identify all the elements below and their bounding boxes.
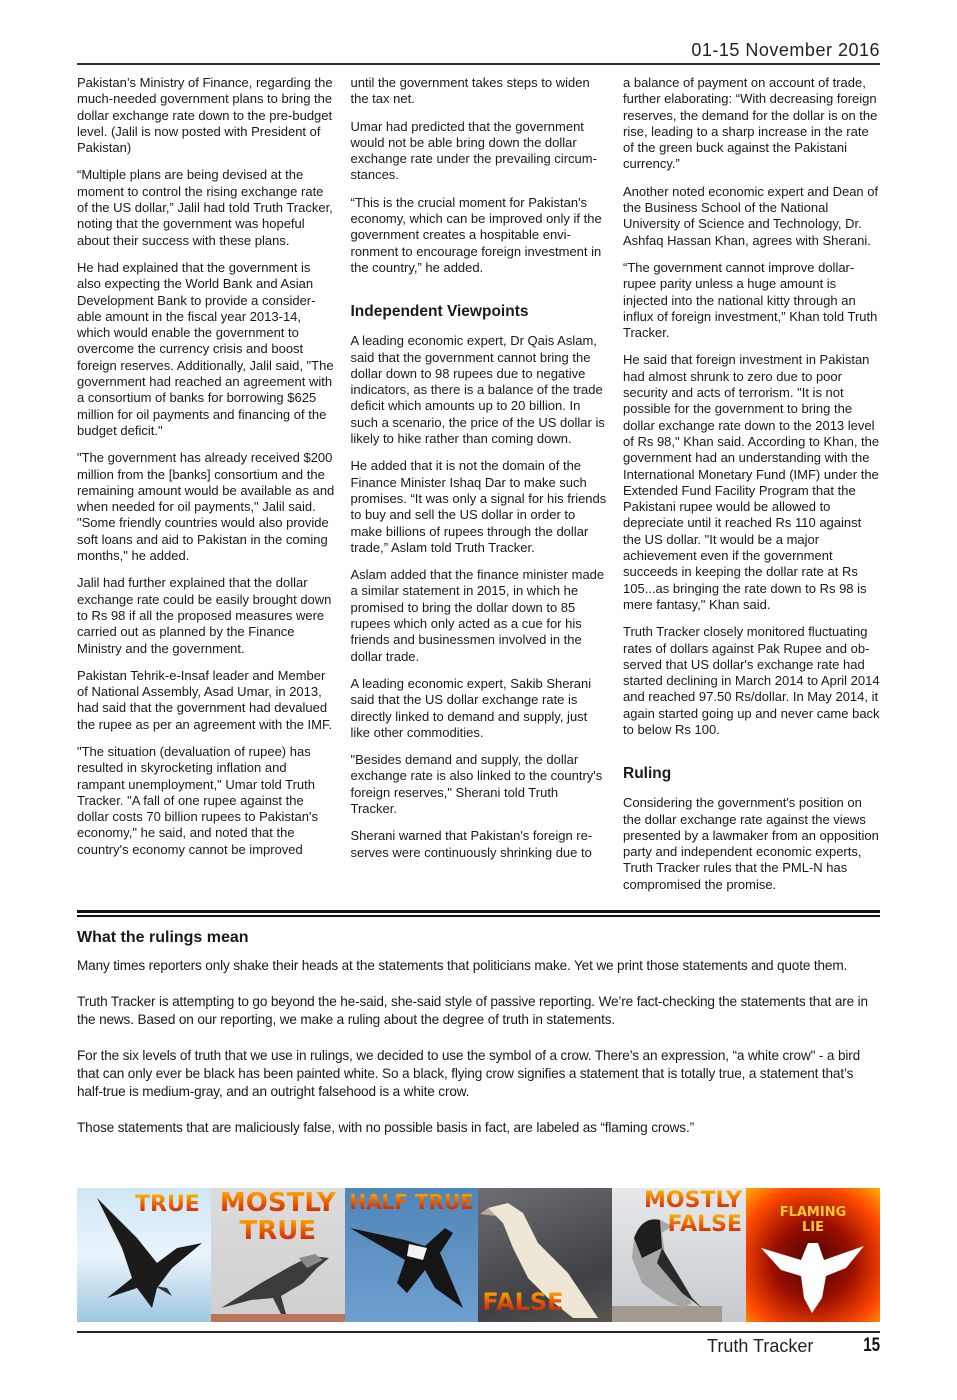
paragraph: He said that foreign investment in Pakis…: [623, 352, 880, 613]
rating-label: MOSTLY: [211, 1190, 345, 1216]
paragraph: “Multiple plans are being devised at the…: [77, 167, 335, 248]
section-heading-independent-viewpoints: Independent Viewpoints: [351, 302, 608, 322]
paragraph: Many times reporters only shake their he…: [77, 957, 880, 975]
paragraph: Jalil had further explained that the dol…: [77, 575, 335, 656]
rating-tile-false: FALSE: [478, 1188, 612, 1322]
paragraph: Truth Tracker is attempting to go beyond…: [77, 993, 880, 1029]
rating-label: MOSTLY: [644, 1190, 742, 1212]
paragraph: a balance of payment on account of trade…: [623, 75, 880, 173]
issue-date: 01-15 November 2016: [691, 40, 880, 61]
paragraph: He had explained that the government is …: [77, 260, 335, 439]
header-divider: [77, 63, 880, 65]
paragraph: Truth Tracker closely monitored fluctuat…: [623, 624, 880, 738]
paragraph: Pakistan Tehrik-e-Insaf leader and Membe…: [77, 668, 335, 733]
paragraph: “This is the crucial moment for Pakistan…: [351, 195, 608, 276]
paragraph: Those statements that are maliciously fa…: [77, 1119, 880, 1137]
rating-tile-true: TRUE: [77, 1188, 211, 1322]
paragraph: Aslam added that the finance minister ma…: [351, 567, 608, 665]
rating-tile-half-true: HALF TRUE: [345, 1188, 479, 1322]
paragraph: Umar had predicted that the government w…: [351, 119, 608, 184]
section-divider: [77, 910, 880, 917]
paragraph: For the six levels of truth that we use …: [77, 1047, 880, 1101]
paragraph: Considering the government's position on…: [623, 795, 880, 893]
rulings-heading: What the rulings mean: [77, 927, 880, 949]
rating-label: FALSE: [482, 1290, 563, 1314]
rating-label: LIE: [746, 1221, 880, 1234]
article-columns: Pakistan’s Ministry of Finance, regardin…: [77, 75, 880, 905]
column-1: Pakistan’s Ministry of Finance, regardin…: [77, 75, 335, 905]
publication-name: Truth Tracker: [707, 1336, 813, 1357]
rating-label: HALF TRUE: [345, 1192, 479, 1212]
column-2: until the government takes steps to wide…: [351, 75, 608, 905]
paragraph: "The government has already received $20…: [77, 450, 335, 564]
paragraph: Another noted economic expert and Dean o…: [623, 184, 880, 249]
paragraph: A leading economic expert, Dr Qais Aslam…: [351, 333, 608, 447]
paragraph: Sherani warned that Pakistan's foreign r…: [351, 828, 608, 861]
paragraph: Pakistan’s Ministry of Finance, regardin…: [77, 75, 335, 156]
rating-tile-mostly-false: MOSTLY FALSE: [612, 1188, 746, 1322]
column-3: a balance of payment on account of trade…: [623, 75, 880, 905]
rulings-explainer: What the rulings mean Many times reporte…: [77, 927, 880, 1155]
paragraph: "Besides demand and supply, the dollar e…: [351, 752, 608, 817]
rating-tile-mostly-true: MOSTLY TRUE: [211, 1188, 345, 1322]
paragraph: until the government takes steps to wide…: [351, 75, 608, 108]
section-heading-ruling: Ruling: [623, 764, 880, 784]
page-number: 15: [863, 1335, 880, 1357]
paragraph: "The situation (devaluation of rupee) ha…: [77, 744, 335, 858]
paragraph: He added that it is not the domain of th…: [351, 458, 608, 556]
paragraph: “The government cannot improve dollar-ru…: [623, 260, 880, 341]
truth-meter-strip: TRUE MOSTLY TRUE HALF TRUE FALSE: [77, 1188, 880, 1322]
paragraph: A leading economic expert, Sakib Sherani…: [351, 676, 608, 741]
rating-tile-flaming-lie: FLAMING LIE: [746, 1188, 880, 1322]
rating-label: FALSE: [668, 1214, 742, 1236]
rating-label: FLAMING: [746, 1206, 880, 1219]
rating-label: TRUE: [211, 1218, 345, 1244]
footer-divider: [77, 1331, 880, 1333]
rating-label: TRUE: [135, 1194, 200, 1216]
